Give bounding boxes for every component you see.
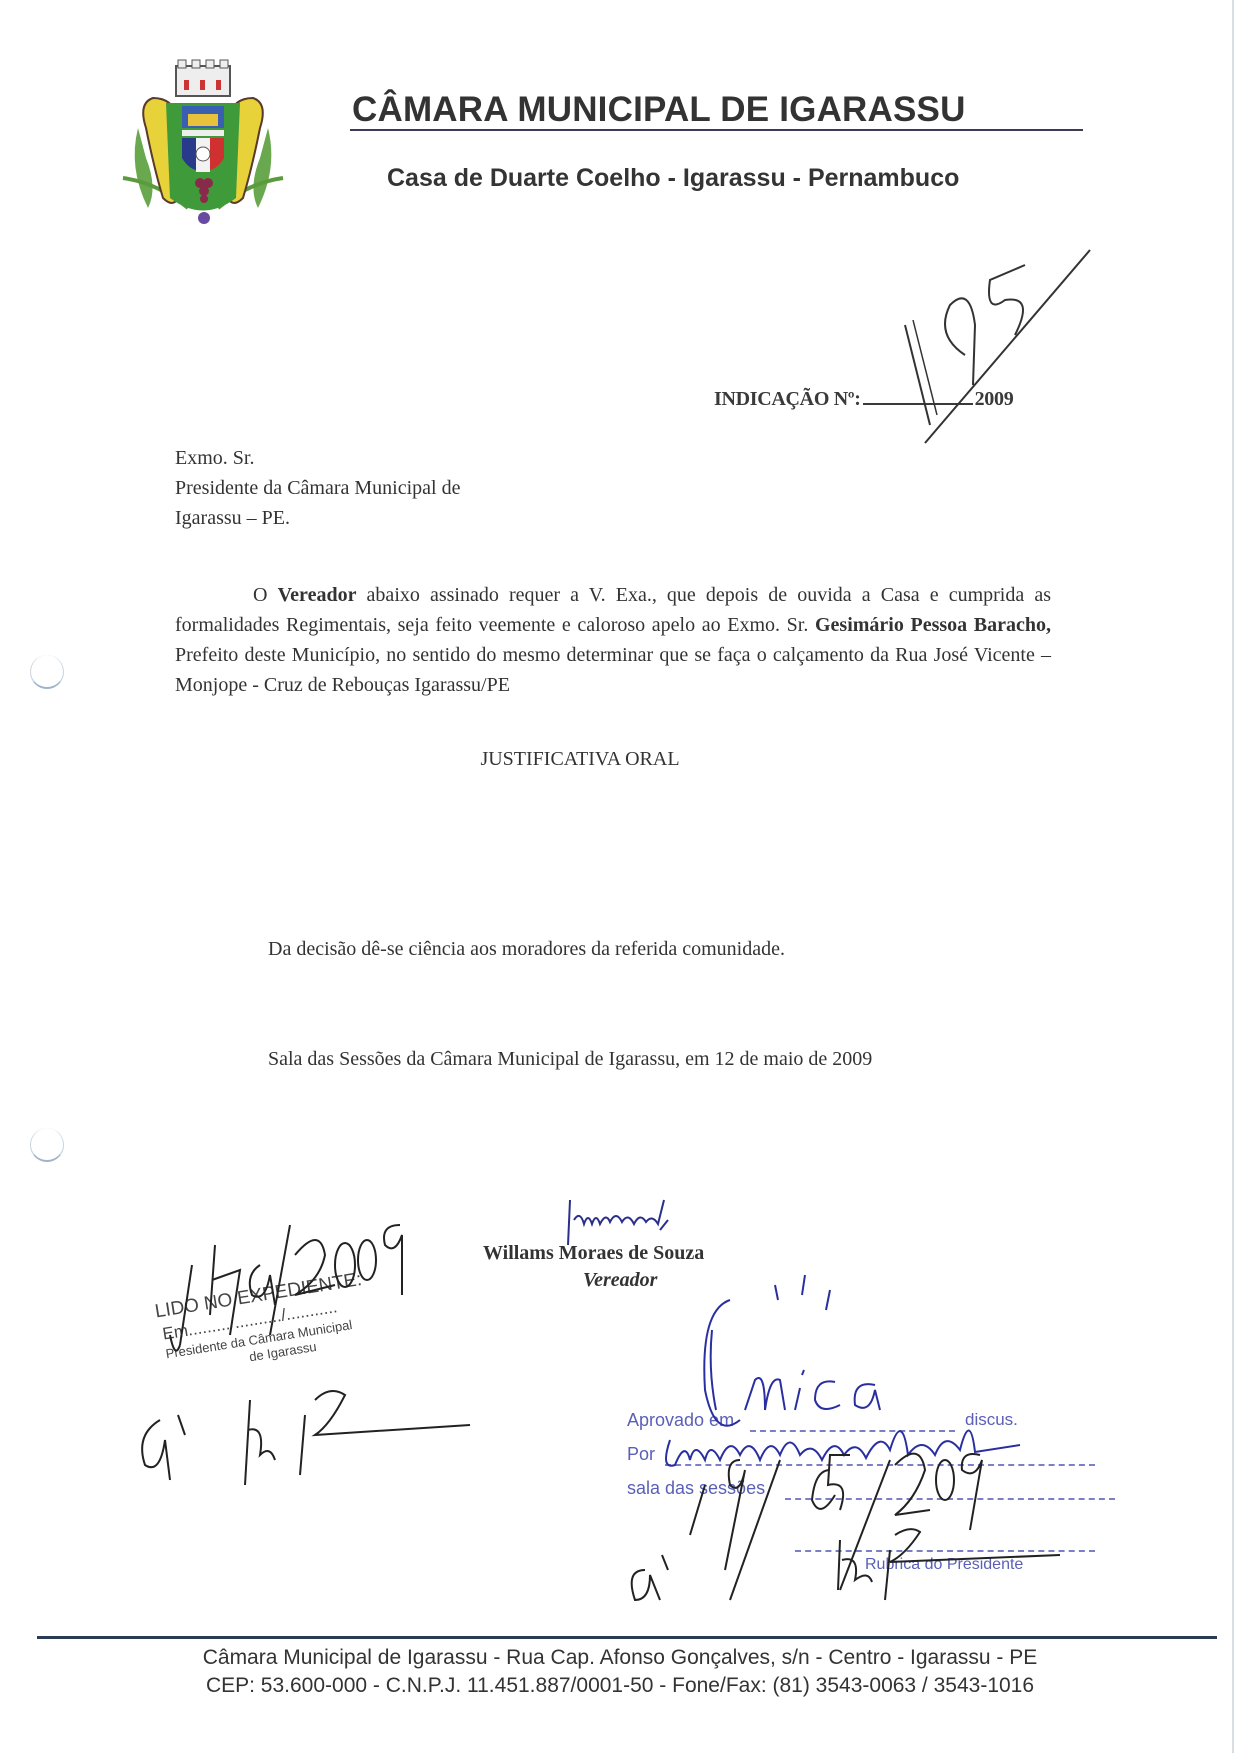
session-date-line: Sala das Sessões da Câmara Municipal de … [268, 1048, 872, 1071]
addressee-block: Exmo. Sr. Presidente da Câmara Municipal… [175, 443, 460, 533]
handwritten-date-14-05-2009 [130, 1185, 490, 1485]
addressee-line-1: Exmo. Sr. [175, 443, 460, 473]
institution-title: CÂMARA MUNICIPAL DE IGARASSU [352, 90, 966, 130]
coat-of-arms-icon [118, 58, 288, 230]
handwritten-number-195 [895, 245, 1095, 445]
vereador-emphasis: Vereador [278, 584, 357, 606]
handwritten-approval-unica-unanimidade-19-05-2009 [590, 1270, 1150, 1610]
prefeito-name: Gesimário Pessoa Baracho, [815, 614, 1051, 636]
signatory-name: Willams Moraes de Souza [483, 1242, 704, 1265]
request-paragraph: O Vereador abaixo assinado requer a V. E… [175, 580, 1051, 700]
punch-hole-bottom [30, 1128, 64, 1162]
addressee-line-3: Igarassu – PE. [175, 503, 460, 533]
addressee-line-2: Presidente da Câmara Municipal de [175, 473, 460, 503]
footer-address: Câmara Municipal de Igarassu - Rua Cap. … [0, 1646, 1240, 1670]
page-edge [1232, 0, 1234, 1753]
decisao-text: Da decisão dê-se ciência aos moradores d… [268, 938, 785, 961]
footer-contact: CEP: 53.600-000 - C.N.P.J. 11.451.887/00… [0, 1674, 1240, 1698]
institution-subtitle: Casa de Duarte Coelho - Igarassu - Perna… [387, 164, 959, 193]
justificativa-heading: JUSTIFICATIVA ORAL [0, 748, 1160, 771]
punch-hole-top [30, 655, 64, 689]
indicacao-label: INDICAÇÃO Nº: [714, 388, 861, 410]
title-underline [350, 129, 1083, 131]
footer-rule [37, 1636, 1217, 1639]
